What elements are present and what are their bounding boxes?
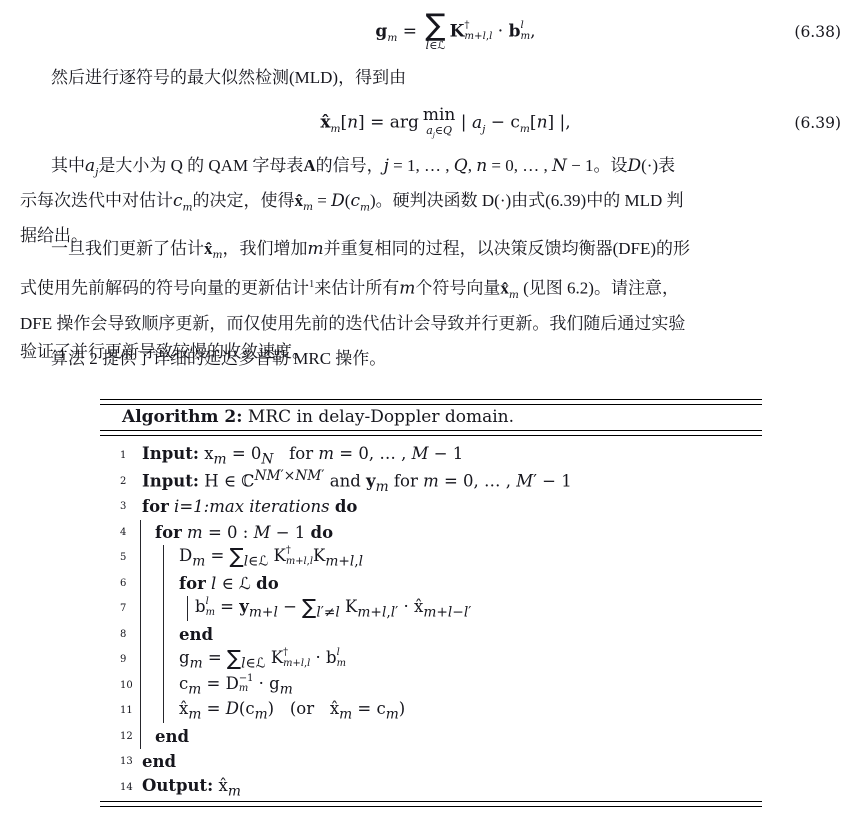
algorithm-line-content: Input: H ∈ ℂNM′×NM′ and ym for m = 0, … … — [142, 468, 572, 495]
algorithm-line: 9gm = ∑l∈ℒ K†m+l,l · blm — [100, 647, 762, 673]
algorithm-line-content: Dm = ∑l∈ℒ K†m+l,lKm+l,l — [179, 546, 363, 569]
algorithm-line-number: 11 — [100, 705, 135, 716]
equation-number-6-38: (6.38) — [794, 23, 841, 41]
algorithm-line-content: for m = 0 : M − 1 do — [155, 523, 333, 542]
algorithm-line-content: gm = ∑l∈ℒ K†m+l,l · blm — [179, 648, 346, 671]
algorithm-line-content: Output: x̂m — [142, 776, 241, 799]
algorithm-line: 2Input: H ∈ ℂNM′×NM′ and ym for m = 0, …… — [100, 469, 762, 495]
algorithm-title: Algorithm 2: MRC in delay-Doppler domain… — [122, 407, 514, 427]
algorithm-line-number: 4 — [100, 527, 135, 538]
algorithm-line: 1Input: xm = 0N for m = 0, … , M − 1 — [100, 443, 762, 469]
text-line: 示每次迭代中对估计cm的决定，使得x̂m = D(cm)。硬判决函数 D(·)由… — [20, 187, 847, 223]
equation-6-38-row: gm = ∑l∈ℒK†m+l,l · blm, (6.38) — [0, 2, 865, 62]
text-line: 其中aj是大小为 Q 的 QAM 字母表A的信号，j = 1, … , Q, n… — [20, 152, 847, 187]
algorithm-line: 10cm = D−1m · gm — [100, 673, 762, 699]
algorithm-line-number: 13 — [100, 756, 135, 767]
paragraph-intro: 然后进行逐符号的最大似然检测(MLD)，得到由 — [20, 64, 847, 92]
equation-number-6-39: (6.39) — [794, 114, 841, 132]
algorithm-top-rule — [100, 399, 762, 405]
algorithm-line-number: 8 — [100, 629, 135, 640]
algorithm-line: 12end — [100, 724, 762, 750]
algorithm-line-number: 2 — [100, 476, 135, 487]
algorithm-line: 11x̂m = D(cm) (or x̂m = cm) — [100, 698, 762, 724]
algorithm-line-content: x̂m = D(cm) (or x̂m = cm) — [179, 699, 405, 722]
algorithm-line-content: Input: xm = 0N for m = 0, … , M − 1 — [142, 444, 463, 467]
algorithm-line-content: end — [142, 752, 176, 771]
algorithm-line: 14Output: x̂m — [100, 775, 762, 801]
algorithm-line: 4for m = 0 : M − 1 do — [100, 520, 762, 546]
equation-6-39-row: x̂m[n] = argminaj∈Q | aj − cm[n] |, (6.3… — [0, 100, 865, 146]
algorithm-line-number: 6 — [100, 578, 135, 589]
algorithm-line: 6for l ∈ ℒ do — [100, 571, 762, 597]
algorithm-line-number: 7 — [100, 603, 135, 614]
algorithm-header-rule — [100, 430, 762, 436]
algorithm-line-content: for l ∈ ℒ do — [179, 574, 279, 593]
page: gm = ∑l∈ℒK†m+l,l · blm, (6.38) 然后进行逐符号的最… — [0, 0, 865, 828]
algorithm-line-number: 9 — [100, 654, 135, 665]
algorithm-line-content: for i=1:max iterations do — [142, 497, 357, 516]
algorithm-line-content: cm = D−1m · gm — [179, 674, 293, 697]
algorithm-line-content: end — [155, 727, 189, 746]
loop-indent-bar-outer — [140, 520, 141, 749]
algorithm-bottom-rule — [100, 801, 762, 807]
paragraph-algorithm-ref: 算法 2 提供了详细的延迟多普勒 MRC 操作。 — [20, 345, 847, 373]
algorithm-box: Algorithm 2: MRC in delay-Doppler domain… — [100, 399, 762, 809]
algorithm-line-content: end — [179, 625, 213, 644]
text-line: 一旦我们更新了估计x̂m，我们增加m并重复相同的过程，以决策反馈均衡器(DFE)… — [20, 235, 847, 271]
loop-indent-bar-middle — [163, 545, 164, 723]
algorithm-line-number: 10 — [100, 680, 135, 691]
algorithm-line: 5Dm = ∑l∈ℒ K†m+l,lKm+l,l — [100, 545, 762, 571]
equation-6-38: gm = ∑l∈ℒK†m+l,l · blm, — [375, 13, 535, 51]
loop-indent-bar-inner — [187, 596, 188, 621]
algorithm-line-number: 14 — [100, 782, 135, 793]
text-line: 算法 2 提供了详细的延迟多普勒 MRC 操作。 — [20, 345, 847, 373]
text-line: 式使用先前解码的符号向量的更新估计1来估计所有m个符号向量x̂m (见图 6.2… — [20, 271, 847, 310]
algorithm-body: 1Input: xm = 0N for m = 0, … , M − 12Inp… — [100, 443, 762, 800]
equation-6-39: x̂m[n] = argminaj∈Q | aj − cm[n] |, — [320, 107, 570, 139]
document-page: { "page": { "background": "#ffffff", "te… — [0, 0, 865, 828]
algorithm-line: 7blm = ym+l − ∑l′≠l Km+l,l′ · x̂m+l−l′ — [100, 596, 762, 622]
text-line: DFE 操作会导致顺序更新，而仅使用先前的迭代估计会导致并行更新。我们随后通过实… — [20, 310, 847, 338]
algorithm-line-number: 5 — [100, 552, 135, 563]
algorithm-line-content: blm = ym+l − ∑l′≠l Km+l,l′ · x̂m+l−l′ — [195, 597, 471, 620]
algorithm-line-number: 12 — [100, 731, 135, 742]
algorithm-line-number: 3 — [100, 501, 135, 512]
algorithm-line: 8end — [100, 622, 762, 648]
text-line: 然后进行逐符号的最大似然检测(MLD)，得到由 — [20, 64, 847, 92]
algorithm-line: 13end — [100, 749, 762, 775]
algorithm-line: 3for i=1:max iterations do — [100, 494, 762, 520]
algorithm-line-number: 1 — [100, 450, 135, 461]
